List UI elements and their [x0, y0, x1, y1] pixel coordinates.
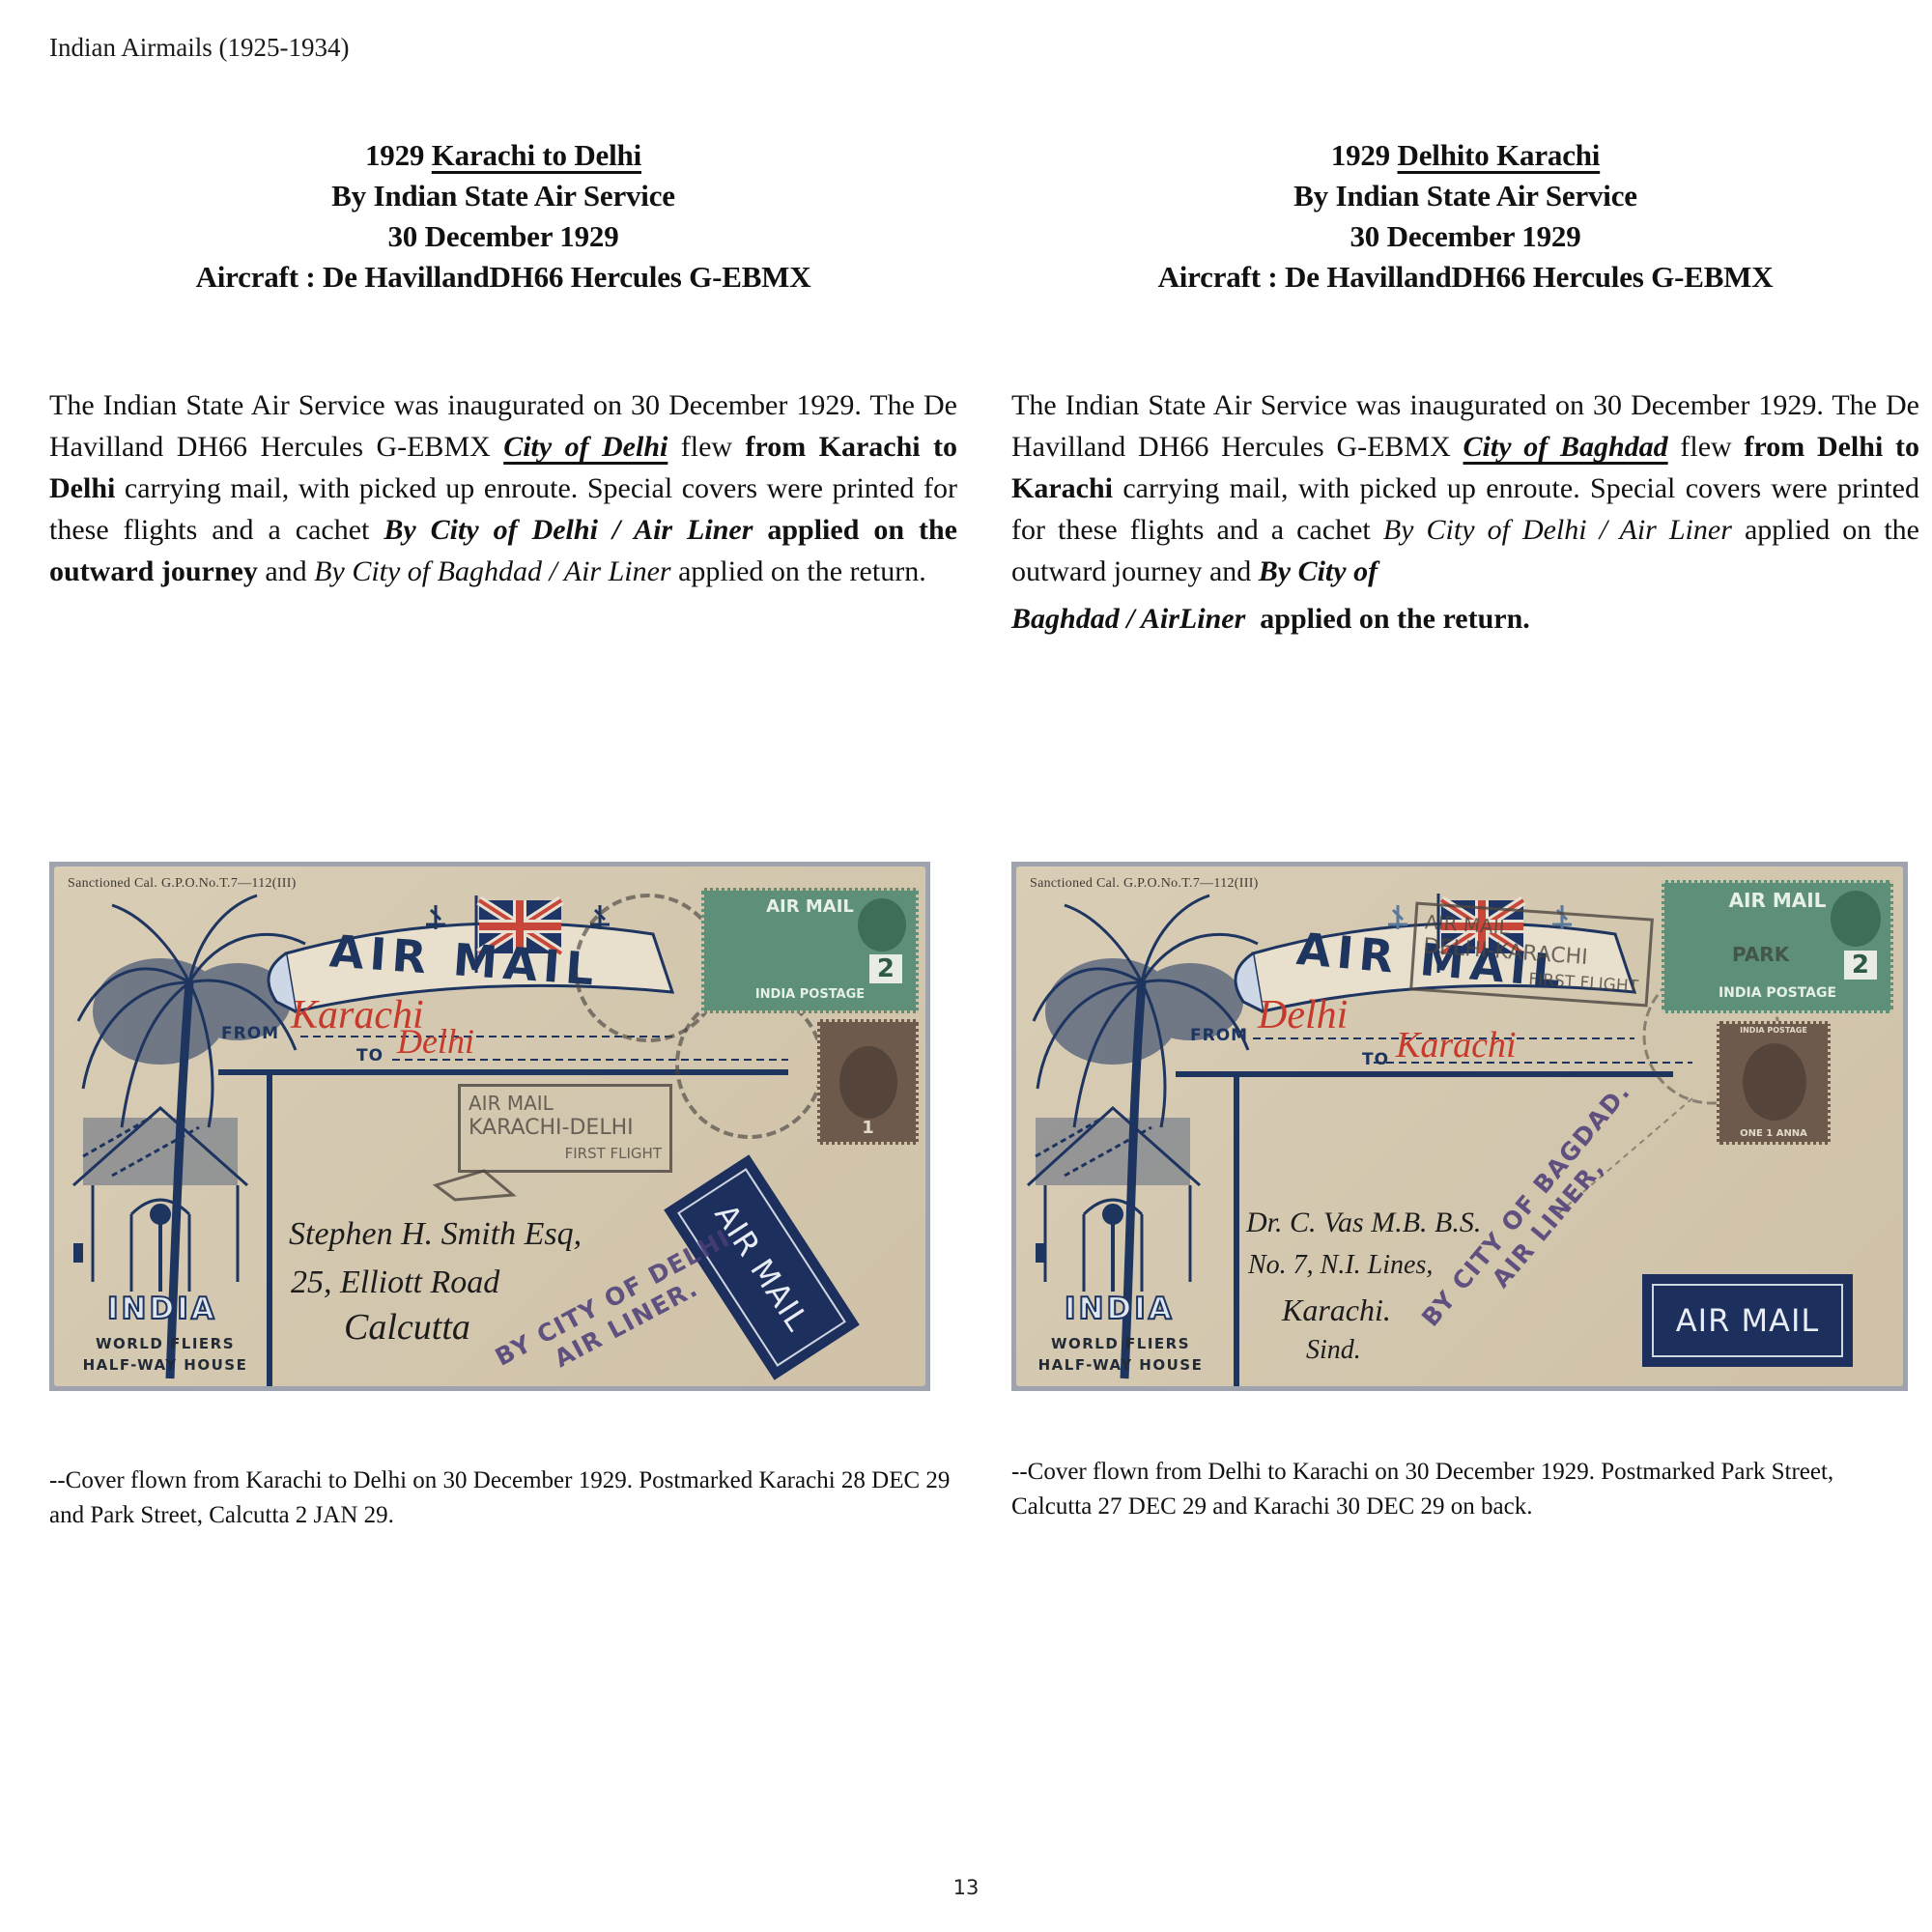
world-fliers-text: WORLD FLIERS	[1024, 1333, 1217, 1354]
king-portrait-icon	[1743, 1043, 1806, 1121]
address-line-2: 25, Elliott Road	[291, 1263, 499, 1303]
address-line-3: Karachi.	[1282, 1290, 1391, 1330]
india-text: INDIA	[1065, 1292, 1175, 1326]
right-heading: 1929 Delhito Karachi By Indian State Air…	[1011, 135, 1919, 298]
halfway-house-text: HALF-WAY HOUSE	[1024, 1354, 1217, 1376]
from-value: Delhi	[1258, 992, 1348, 1038]
address-line-1: Stephen H. Smith Esq,	[289, 1214, 582, 1255]
left-city-name: City of Delhi	[503, 431, 668, 463]
air-mail-label: AIR MAIL	[1642, 1274, 1853, 1367]
left-heading-title: 1929 Karachi to Delhi	[49, 135, 957, 176]
king-portrait-icon	[1831, 891, 1881, 947]
cover-card: Sanctioned Cal. G.P.O.No.T.7—112(III)	[1016, 867, 1903, 1386]
right-heading-date: 30 December 1929	[1011, 216, 1919, 257]
right-heading-title: 1929 Delhito Karachi	[1011, 135, 1919, 176]
to-label: TO	[356, 1046, 384, 1065]
address-line-2: No. 7, N.I. Lines,	[1248, 1245, 1433, 1286]
left-cover-photo: Sanctioned Cal. G.P.O.No.T.7—112(III)	[49, 862, 930, 1391]
to-label: TO	[1362, 1050, 1389, 1069]
address-line-4: Sind.	[1306, 1330, 1361, 1371]
king-portrait-icon	[839, 1046, 897, 1119]
right-city-name: City of Baghdad	[1463, 431, 1668, 463]
page-number: 13	[0, 1876, 1932, 1899]
to-value: Karachi	[1396, 1024, 1517, 1066]
left-caption: --Cover flown from Karachi to Delhi on 3…	[49, 1463, 957, 1533]
left-description: The Indian State Air Service was inaugur…	[49, 384, 957, 592]
right-heading-aircraft: Aircraft : De HavillandDH66 Hercules G-E…	[1011, 257, 1919, 298]
halfway-house-text: HALF-WAY HOUSE	[69, 1354, 262, 1376]
right-heading-service: By Indian State Air Service	[1011, 176, 1919, 216]
to-value: Delhi	[397, 1021, 474, 1062]
left-heading-date: 30 December 1929	[49, 216, 957, 257]
from-label: FROM	[221, 1024, 279, 1043]
right-cover-photo: Sanctioned Cal. G.P.O.No.T.7—112(III)	[1011, 862, 1908, 1391]
stamp-one-anna: 1	[817, 1019, 919, 1145]
right-description: The Indian State Air Service was inaugur…	[1011, 384, 1919, 639]
king-portrait-icon	[858, 898, 906, 952]
address-line-3: Calcutta	[344, 1307, 470, 1348]
left-heading: 1929 Karachi to Delhi By Indian State Ai…	[49, 135, 957, 298]
running-head: Indian Airmails (1925-1934)	[49, 33, 349, 63]
stamp-one-anna: INDIA POSTAGE ONE 1 ANNA	[1717, 1021, 1831, 1145]
first-flight-cachet: AIR MAIL KARACHI-DELHI FIRST FLIGHT	[458, 1084, 672, 1173]
stamp-airmail-2-annas: AIR MAIL INDIA POSTAGE 2	[701, 888, 919, 1013]
cover-card: Sanctioned Cal. G.P.O.No.T.7—112(III)	[54, 867, 925, 1386]
right-route: Delhito Karachi	[1398, 138, 1601, 172]
left-heading-service: By Indian State Air Service	[49, 176, 957, 216]
right-caption: --Cover flown from Delhi to Karachi on 3…	[1011, 1455, 1919, 1524]
stamp-airmail-2-annas: AIR MAIL INDIA POSTAGE 2 PARK	[1662, 880, 1893, 1013]
world-fliers-text: WORLD FLIERS	[69, 1333, 262, 1354]
first-flight-cachet: AIR MAIL DELHI-KARACHI FIRST FLIGHT	[1409, 901, 1654, 1007]
from-label: FROM	[1190, 1026, 1248, 1045]
india-text: INDIA	[107, 1292, 217, 1326]
left-heading-aircraft: Aircraft : De HavillandDH66 Hercules G-E…	[49, 257, 957, 298]
address-line-1: Dr. C. Vas M.B. B.S.	[1246, 1203, 1481, 1243]
left-route: Karachi to Delhi	[432, 138, 641, 172]
